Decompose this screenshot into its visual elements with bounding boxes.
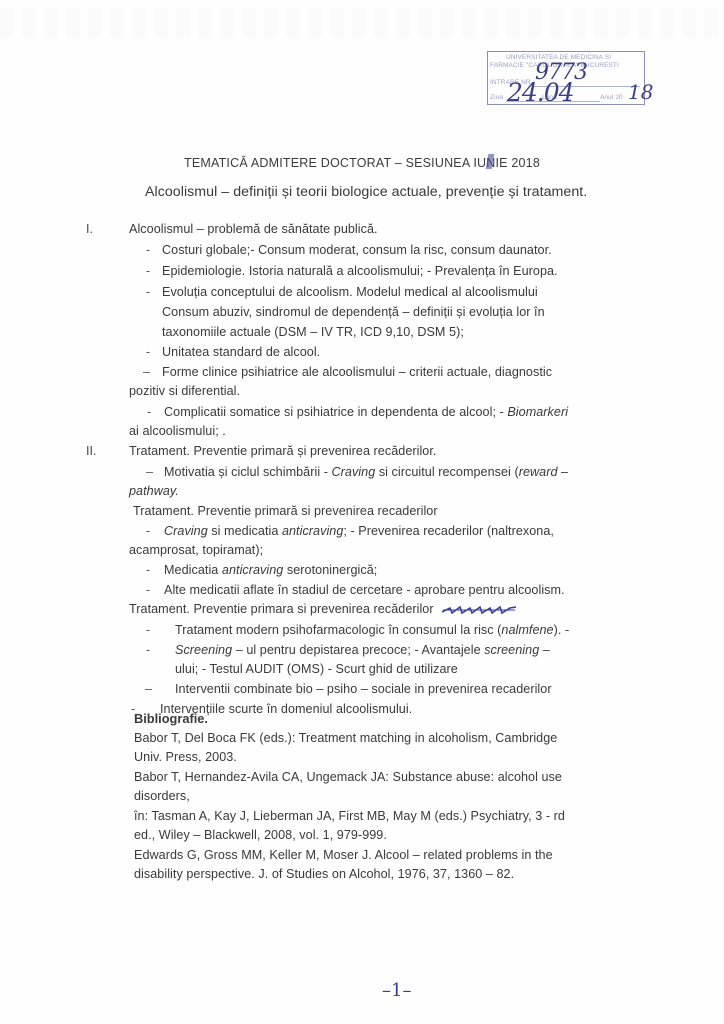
list-item: Evoluția conceptului de alcoolism. Model… xyxy=(162,285,538,299)
list-item: Motivatia și ciclul schimbării - Craving… xyxy=(164,465,568,479)
list-item: Screening – ul pentru depistarea precoce… xyxy=(175,643,550,657)
bullet-dash: - xyxy=(146,524,150,538)
bibliography-line: Babor T, Hernandez-Avila CA, Ungemack JA… xyxy=(134,770,562,784)
title-text-end: IE 2018 xyxy=(496,156,541,170)
bullet-dash: – xyxy=(143,365,150,379)
list-item: Craving si medicatia anticraving; - Prev… xyxy=(164,524,554,538)
document-title: TEMATICĂ ADMITERE DOCTORAT – SESIUNEA IU… xyxy=(0,156,724,170)
section-1-heading: Alcoolismul – problemă de sănătate publi… xyxy=(129,222,378,236)
bullet-dash: - xyxy=(146,623,150,637)
stamp-label-anul: Anul 20 xyxy=(600,94,623,102)
bullet-dash: - xyxy=(146,563,150,577)
bibliography-line: Univ. Press, 2003. xyxy=(134,750,237,764)
list-item: Alte medicatii aflate în stadiul de cerc… xyxy=(164,583,565,597)
section-1-numeral: I. xyxy=(86,222,93,236)
title-text: TEMATICĂ ADMITERE DOCTORAT – SESIUNEA IU xyxy=(184,156,486,170)
bullet-dash: – xyxy=(145,682,152,696)
handwritten-date: 24.04 xyxy=(507,78,574,107)
bullet-dash: - xyxy=(147,405,151,419)
list-item: Unitatea standard de alcool. xyxy=(162,345,320,359)
list-item: Forme clinice psihiatrice ale alcoolismu… xyxy=(162,365,552,379)
bullet-dash: - xyxy=(146,285,150,299)
bibliography-line: Edwards G, Gross MM, Keller M, Moser J. … xyxy=(134,848,553,862)
handwritten-strikethrough xyxy=(440,605,518,615)
list-item-continuation: Consum abuziv, sindromul de dependență –… xyxy=(162,305,545,319)
scan-bleed-through xyxy=(0,8,724,38)
bibliography-line: Babor T, Del Boca FK (eds.): Treatment m… xyxy=(134,731,557,745)
list-item-continuation: pozitiv si diferential. xyxy=(129,384,240,398)
document-page: UNIVERSITATEA DE MEDICINA SI FARMACIE "C… xyxy=(0,0,724,1024)
bibliography-line: în: Tasman A, Kay J, Lieberman JA, First… xyxy=(134,809,565,823)
bibliography-line: disorders, xyxy=(134,789,190,803)
page-number: –1– xyxy=(382,980,411,1001)
list-item: Tratament modern psihofarmacologic în co… xyxy=(175,623,569,637)
stamp-label-ziua: Ziua xyxy=(490,94,503,102)
list-item-continuation: acamprosat, topiramat); xyxy=(129,543,263,557)
list-item: Medicatia anticraving serotoninergică; xyxy=(164,563,377,577)
bullet-dash: - xyxy=(146,345,150,359)
bibliography-line: ed., Wiley – Blackwell, 2008, vol. 1, 97… xyxy=(134,828,387,842)
title-handwritten-correction: N xyxy=(486,156,495,170)
section-2-heading: Tratament. Preventie primară și prevenir… xyxy=(129,444,436,458)
list-item-continuation: pathway. xyxy=(129,484,179,498)
bullet-dash: – xyxy=(146,465,153,479)
list-item: Costuri globale;- Consum moderat, consum… xyxy=(162,243,552,257)
list-item: Complicatii somatice si psihiatrice in d… xyxy=(164,405,568,419)
handwritten-year: 18 xyxy=(628,80,653,104)
subsection-heading: Tratament. Preventie primară si prevenir… xyxy=(133,504,438,518)
section-2-numeral: II. xyxy=(86,444,97,458)
bullet-dash: - xyxy=(146,583,150,597)
bullet-dash: - xyxy=(146,643,150,657)
bibliography-line: disability perspective. J. of Studies on… xyxy=(134,867,514,881)
bibliography-heading: Bibliografie. xyxy=(134,711,208,726)
bullet-dash: - xyxy=(146,243,150,257)
bullet-dash: - xyxy=(146,264,150,278)
list-item-continuation: ului; - Testul AUDIT (OMS) - Scurt ghid … xyxy=(175,662,458,676)
subsection-heading: Tratament. Preventie primara si prevenir… xyxy=(129,602,518,616)
document-subtitle: Alcoolismul – definiții și teorii biolog… xyxy=(145,184,587,200)
list-item-continuation: taxonomiile actuale (DSM – IV TR, ICD 9,… xyxy=(162,325,464,339)
list-item: Interventii combinate bio – psiho – soci… xyxy=(175,682,552,696)
list-item-continuation: ai alcoolismului; . xyxy=(129,424,226,438)
list-item: Epidemiologie. Istoria naturală a alcool… xyxy=(162,264,558,278)
